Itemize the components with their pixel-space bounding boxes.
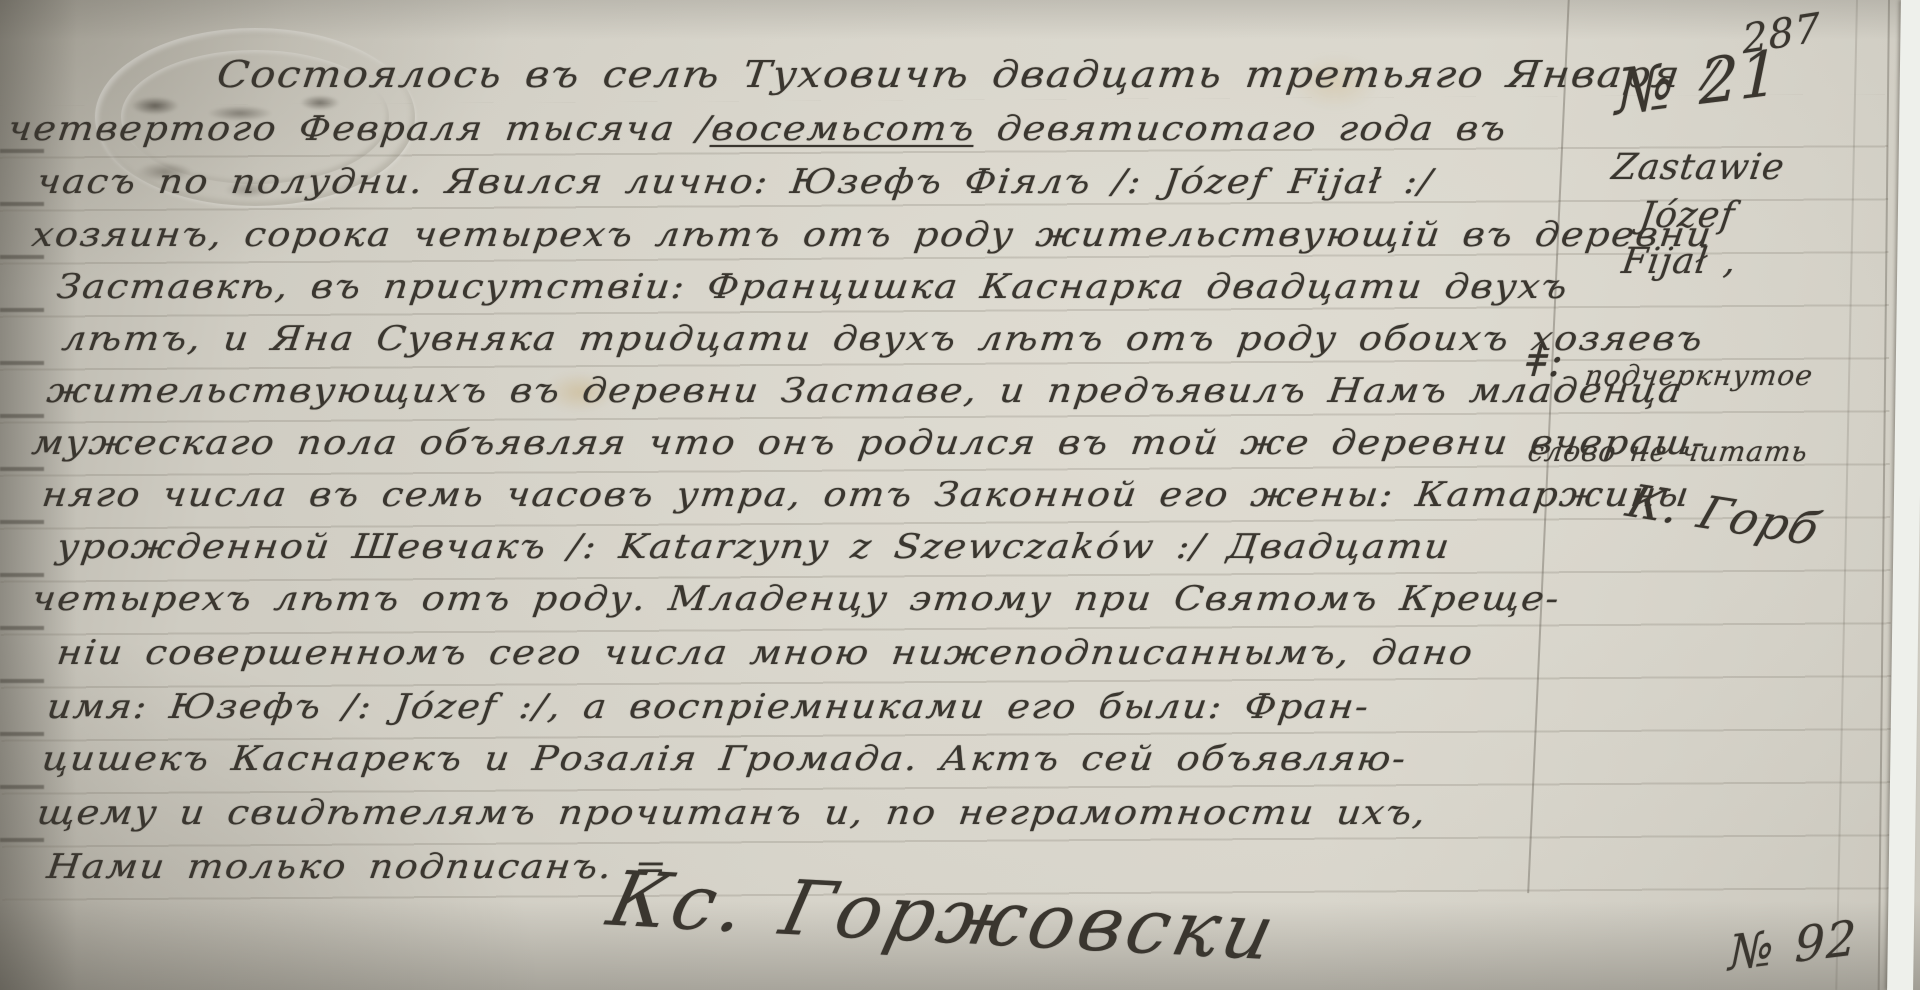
correction-note-line: подчеркнутое	[1583, 362, 1815, 390]
record-line: хозяинъ, сорока четырехъ лѣтъ отъ роду ж…	[30, 218, 1714, 252]
bottom-act-number: № 92	[1728, 914, 1858, 978]
record-line: няго числа въ семь часовъ утра, отъ Зако…	[40, 478, 1692, 512]
record-line-segment: девятисотаго года въ	[973, 109, 1510, 149]
act-number: № 21	[1615, 42, 1780, 125]
record-line: мужескаго пола объявляя что онъ родился …	[30, 426, 1709, 460]
record-line: Заставкѣ, въ присутствіи: Францишка Касн…	[55, 270, 1571, 304]
record-line: ніи совершенномъ сего числа мною нижепод…	[55, 636, 1476, 670]
record-line: четвертого Февраля тысяча /восемьсотъ де…	[6, 112, 1509, 146]
next-page-edge	[1887, 0, 1920, 990]
margin-surname: Fijał ,	[1619, 244, 1739, 280]
record-line: Нами только подписанъ. =	[45, 850, 670, 884]
record-line: урожденной Шевчакъ /: Katarzyny z Szewcz…	[55, 530, 1453, 564]
correction-reference-mark: ǂ:	[1525, 340, 1565, 384]
record-line: щему и свидѣтелямъ прочитанъ и, по негра…	[35, 796, 1429, 830]
margin-given-name: Józef	[1637, 198, 1737, 234]
record-line: лѣтъ, и Яна Сувняка тридцати двухъ лѣтъ …	[60, 322, 1706, 356]
record-line: имя: Юзефъ /: Józef :/, а воспріемниками…	[45, 690, 1372, 724]
record-line-segment: четвертого Февраля тысяча /	[6, 109, 714, 149]
scanned-register-page: Состоялось въ селѣ Туховичѣ двадцать тре…	[0, 0, 1920, 990]
record-line: четырехъ лѣтъ отъ роду. Младенцу этому п…	[30, 582, 1562, 616]
margin-place-name: Zastawie	[1609, 150, 1787, 186]
record-line: цишекъ Каснарекъ и Розалія Громада. Актъ…	[40, 742, 1409, 776]
correction-note-line: слово не читать	[1526, 438, 1810, 466]
crossed-out-word: восемьсотъ	[709, 109, 978, 149]
record-line: часъ по полудни. Явился лично: Юзефъ Фія…	[35, 165, 1435, 199]
record-line: жительствующихъ въ деревни Заставе, и пр…	[45, 374, 1685, 408]
record-line: Состоялось въ селѣ Туховичѣ двадцать тре…	[215, 56, 1721, 93]
